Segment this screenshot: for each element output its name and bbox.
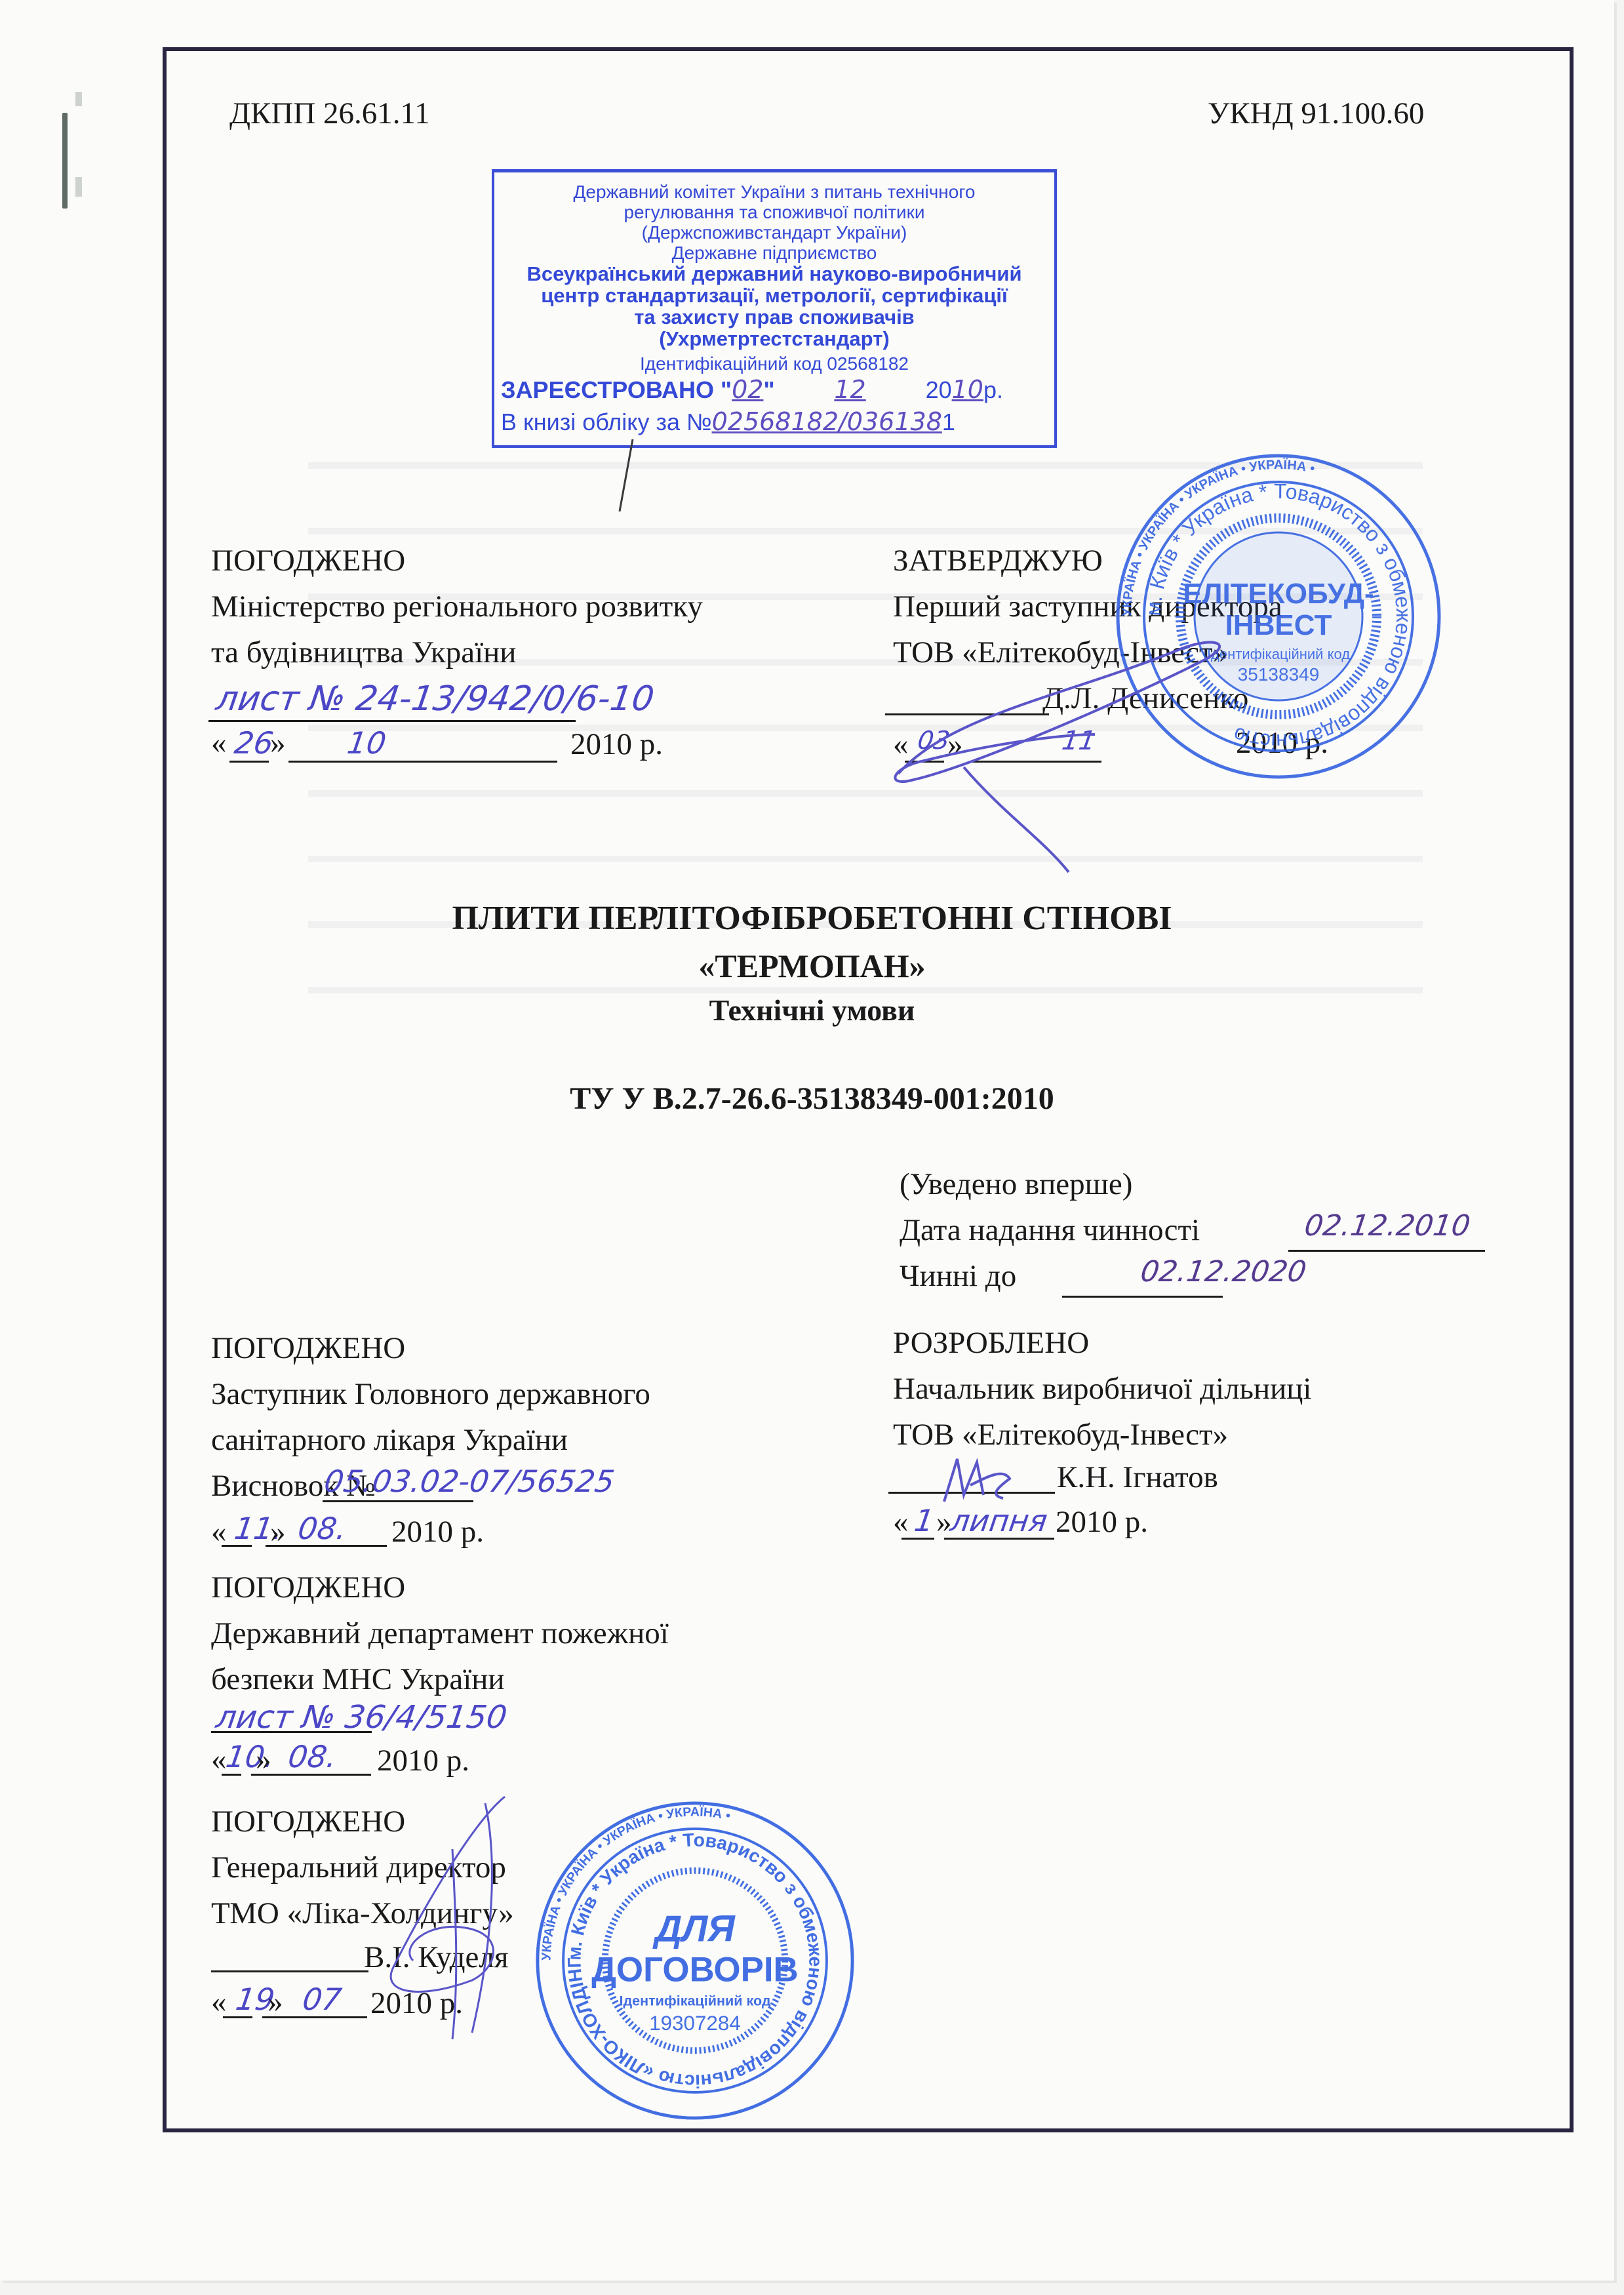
effective-date-underline <box>1288 1250 1485 1252</box>
registered-day: 02 <box>732 375 763 404</box>
ministry-date-open: « <box>211 728 227 759</box>
valid-until-date: 02.12.2020 <box>1139 1258 1308 1287</box>
fire-year: 2010 р. <box>377 1746 469 1776</box>
sanitary-line1: Заступник Головного державного <box>211 1379 650 1410</box>
director-date-open: « <box>893 729 909 760</box>
ministry-line2: та будівництва України <box>211 637 516 668</box>
developed-month-underline <box>944 1538 1054 1540</box>
fire-letter-underline <box>211 1731 372 1733</box>
dkpp-code: ДКПП 26.61.11 <box>229 98 430 129</box>
developed-year: 2010 р. <box>1056 1507 1148 1538</box>
fire-day-underline <box>222 1774 241 1776</box>
lika-signature-line <box>211 1970 368 1972</box>
director-signature-line <box>885 713 1049 715</box>
sanitary-heading: ПОГОДЖЕНО <box>211 1333 405 1364</box>
director-name: Д.Л. Денисенко <box>1042 683 1248 714</box>
sanitary-year: 2010 р. <box>391 1517 484 1547</box>
introduced-note: (Уведено вперше) <box>900 1169 1132 1200</box>
director-year: 2010 р. <box>1236 728 1328 759</box>
lika-line2: ТМО «Ліка-Холдингу» <box>211 1898 514 1929</box>
stamp-line: Державне підприємство <box>494 243 1054 263</box>
effective-label: Дата надання чинності <box>900 1215 1200 1246</box>
stamp-book-row: В книзі обліку за №02568182/0361381 <box>494 406 1054 438</box>
director-date-close: » <box>947 729 963 760</box>
registered-year-hand: 10 <box>952 375 983 404</box>
staple-mark <box>62 113 68 209</box>
fire-heading: ПОГОДЖЕНО <box>211 1572 405 1603</box>
document-subtitle: Технічні умови <box>0 995 1624 1026</box>
ministry-letter: лист № 24-13/942/0/6-10 <box>214 682 656 716</box>
registered-month: 12 <box>782 374 919 405</box>
effective-date: 02.12.2010 <box>1303 1212 1472 1241</box>
staple-hole-bottom <box>75 177 82 197</box>
ministry-month-underline <box>288 761 557 763</box>
fire-month-underline <box>251 1774 371 1776</box>
uknd-code: УКНД 91.100.60 <box>1208 98 1424 129</box>
registered-year-suffix: р. <box>983 376 1003 403</box>
director-line1: Перший заступник директора <box>893 591 1282 622</box>
stamp-line: регулювання та споживчої політики <box>494 202 1054 222</box>
fire-month: 08. <box>287 1742 339 1772</box>
document-code: ТУ У В.2.7-26.6-35138349-001:2010 <box>0 1083 1624 1115</box>
developed-day-underline <box>901 1538 934 1540</box>
lika-day-underline <box>223 2016 252 2018</box>
lika-date-close: » <box>267 1987 283 2018</box>
fire-line1: Державний департамент пожежної <box>211 1618 669 1649</box>
director-month: 11 <box>1060 728 1098 754</box>
stamp-bold-line: центр стандартизації, метрології, сертиф… <box>494 285 1054 306</box>
sanitary-month-underline <box>266 1545 387 1547</box>
stamp-line: Державний комітет України з питань техні… <box>494 182 1054 202</box>
ministry-day-underline <box>229 761 269 763</box>
ministry-heading: ПОГОДЖЕНО <box>211 546 405 576</box>
stamp-bold-line: (Ухрметртестстандарт) <box>494 328 1054 349</box>
developed-line1: Начальник виробничої дільниці <box>893 1374 1312 1405</box>
valid-until-underline <box>1062 1296 1223 1298</box>
book-label: В книзі обліку за № <box>501 409 712 435</box>
book-number: 02568182/036138 <box>712 407 942 436</box>
document-page: ДКПП 26.61.11 УКНД 91.100.60 Державний к… <box>0 0 1614 2281</box>
sanitary-date-close: » <box>270 1517 286 1547</box>
developed-month: липня <box>949 1506 1050 1536</box>
lika-month: 07 <box>301 1984 344 2014</box>
fire-letter: лист № 36/4/5150 <box>214 1702 509 1733</box>
developed-signature-line <box>888 1492 1055 1494</box>
ministry-letter-underline <box>208 720 576 722</box>
sanitary-conclusion-underline <box>323 1500 473 1502</box>
stamp-id-code: Ідентифікаційний код 02568182 <box>494 353 1054 374</box>
director-day-underline <box>905 761 944 763</box>
registered-label: ЗАРЕЄСТРОВАНО " <box>501 376 732 403</box>
ministry-date-close: » <box>270 728 286 759</box>
ministry-month: 10 <box>346 728 388 758</box>
lika-year: 2010 р. <box>370 1988 463 2019</box>
sanitary-line2: санітарного лікаря України <box>211 1425 568 1456</box>
stamp-registered-row: ЗАРЕЄСТРОВАНО "02" 12 2010р. <box>494 374 1054 406</box>
lika-name: В.І. Куделя <box>364 1942 508 1973</box>
director-month-underline <box>970 761 1101 763</box>
lika-heading: ПОГОДЖЕНО <box>211 1806 405 1837</box>
stamp-line: (Держспоживстандарт України) <box>494 222 1054 243</box>
sanitary-day-underline <box>222 1545 252 1547</box>
book-number-tail: 1 <box>942 409 955 435</box>
document-title-line1: ПЛИТИ ПЕРЛІТОФІБРОБЕТОННІ СТІНОВІ <box>0 902 1624 936</box>
lika-date-open: « <box>211 1987 227 2018</box>
ministry-day: 26 <box>233 728 275 758</box>
sanitary-conclusion-number: 05.03.02-07/56525 <box>323 1466 616 1496</box>
sanitary-date-open: « <box>211 1517 227 1547</box>
fire-date-close: » <box>256 1744 271 1775</box>
valid-until-label: Чинні до <box>900 1261 1016 1292</box>
director-heading: ЗАТВЕРДЖУЮ <box>893 546 1103 576</box>
developed-name: К.Н. Ігнатов <box>1057 1462 1218 1493</box>
quote-close: " <box>763 376 774 403</box>
stamp-bold-line: та захисту прав споживачів <box>494 306 1054 328</box>
ministry-line1: Міністерство регіонального розвитку <box>211 591 703 622</box>
lika-month-underline <box>262 2016 367 2018</box>
developed-line2: ТОВ «Елітекобуд-Інвест» <box>893 1420 1228 1450</box>
director-line2: ТОВ «Елітекобуд-Інвест» <box>893 637 1228 668</box>
sanitary-month: 08. <box>296 1513 349 1544</box>
fire-line2: безпеки МНС України <box>211 1664 505 1695</box>
developed-heading: РОЗРОБЛЕНО <box>893 1328 1089 1359</box>
director-day: 03 <box>916 728 951 753</box>
stamp-bold-line: Всеукраїнський державний науково-виробни… <box>494 263 1054 285</box>
ministry-year: 2010 р. <box>570 729 663 760</box>
developed-date-open: « <box>893 1507 909 1538</box>
lika-line1: Генеральний директор <box>211 1852 506 1883</box>
registration-stamp: Державний комітет України з питань техні… <box>492 169 1057 448</box>
staple-hole-top <box>75 92 82 106</box>
document-title-line2: «ТЕРМОПАН» <box>0 949 1624 982</box>
registered-year-prefix: 20 <box>926 376 952 403</box>
